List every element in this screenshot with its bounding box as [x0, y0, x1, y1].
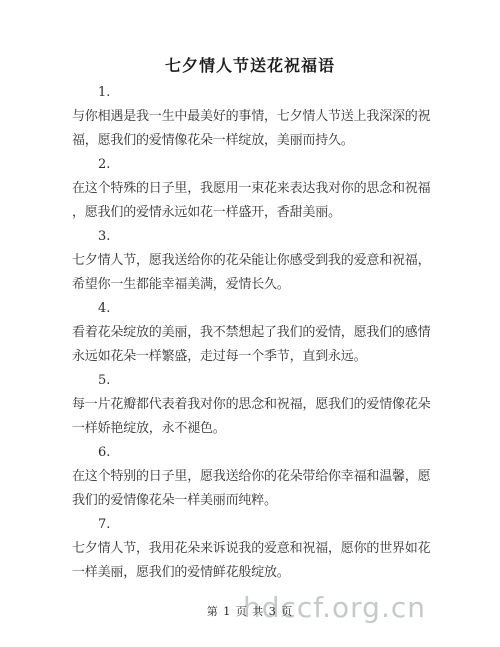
list-item: 7. 七夕情人节，我用花朵来诉说我的爱意和祝福，愿你的世界如花 一样美丽，愿我们…	[72, 513, 435, 585]
list-item: 3. 七夕情人节，愿我送给你的花朵能让你感受到我的爱意和祝福， 希望你一生都能幸…	[72, 225, 435, 297]
item-text-line: 一样美丽，愿我们的爱情鲜花般绽放。	[72, 561, 435, 585]
list-item: 1. 与你相遇是我一生中最美好的事情，七夕情人节送上我深深的祝 福，愿我们的爱情…	[72, 81, 435, 153]
item-text-line: 七夕情人节，愿我送给你的花朵能让你感受到我的爱意和祝福，	[72, 249, 435, 273]
list-item: 6. 在这个特别的日子里，愿我送给你的花朵带给你幸福和温馨，愿 我们的爱情像花朵…	[72, 441, 435, 513]
item-text-line: 永远如花朵一样繁盛，走过每一个季节，直到永远。	[72, 345, 435, 369]
item-number: 6.	[98, 441, 435, 465]
item-text-line: 在这个特别的日子里，愿我送给你的花朵带给你幸福和温馨，愿	[72, 465, 435, 489]
item-text-line: 七夕情人节，我用花朵来诉说我的爱意和祝福，愿你的世界如花	[72, 537, 435, 561]
list-item: 2. 在这个特殊的日子里，我愿用一束花来表达我对你的思念和祝福 ，愿我们的爱情永…	[72, 153, 435, 225]
item-text-line: 福，愿我们的爱情像花朵一样绽放，美丽而持久。	[72, 129, 435, 153]
item-text-line: 我们的爱情像花朵一样美丽而纯粹。	[72, 489, 435, 513]
page-indicator: 第 1 页 共 3 页	[0, 604, 500, 619]
document-page: 七夕情人节送花祝福语 1. 与你相遇是我一生中最美好的事情，七夕情人节送上我深深…	[0, 0, 500, 647]
list-item: 5. 每一片花瓣都代表着我对你的思念和祝福，愿我们的爱情像花朵 一样娇艳绽放，永…	[72, 369, 435, 441]
document-title: 七夕情人节送花祝福语	[0, 55, 500, 76]
blessing-list: 1. 与你相遇是我一生中最美好的事情，七夕情人节送上我深深的祝 福，愿我们的爱情…	[72, 81, 435, 585]
item-text-line: 与你相遇是我一生中最美好的事情，七夕情人节送上我深深的祝	[72, 105, 435, 129]
item-text-line: 看着花朵绽放的美丽，我不禁想起了我们的爱情，愿我们的感情	[72, 321, 435, 345]
item-number: 1.	[98, 81, 435, 105]
list-item: 4. 看着花朵绽放的美丽，我不禁想起了我们的爱情，愿我们的感情 永远如花朵一样繁…	[72, 297, 435, 369]
item-text-line: ，愿我们的爱情永远如花一样盛开，香甜美丽。	[72, 201, 435, 225]
item-text-line: 一样娇艳绽放，永不褪色。	[72, 417, 435, 441]
item-text-line: 在这个特殊的日子里，我愿用一束花来表达我对你的思念和祝福	[72, 177, 435, 201]
item-number: 2.	[98, 153, 435, 177]
item-number: 4.	[98, 297, 435, 321]
item-number: 3.	[98, 225, 435, 249]
item-text-line: 每一片花瓣都代表着我对你的思念和祝福，愿我们的爱情像花朵	[72, 393, 435, 417]
item-text-line: 希望你一生都能幸福美满，爱情长久。	[72, 273, 435, 297]
item-number: 7.	[98, 513, 435, 537]
item-number: 5.	[98, 369, 435, 393]
